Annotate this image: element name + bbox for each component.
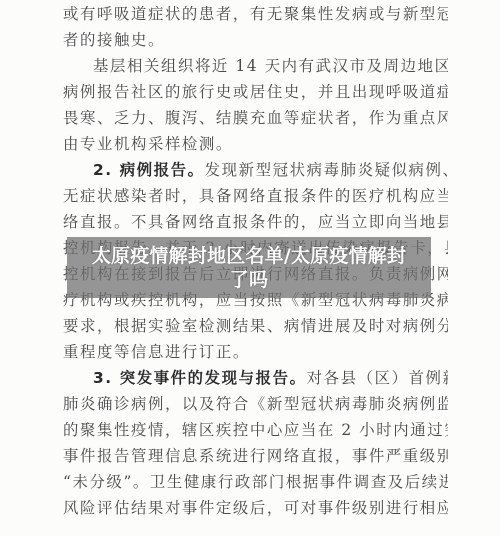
text-line: 者的接触史。 [63, 27, 448, 53]
title-overlay-banner: 太原疫情解封地区名单/太原疫情解封了吗 [67, 237, 431, 298]
text-line: 事件报告管理信息系统进行网络直报，事件严重级别可先选择 [63, 443, 448, 469]
text-line: 或有呼吸道症状的患者，有无聚集性发病或与新型冠状病毒感染 [63, 1, 448, 27]
text-line: 肺炎确诊病例，以及符合《新型冠状病毒肺炎病例监测方案》中 [63, 391, 448, 417]
section-text: 对各县（区）首例新型冠状病毒 [307, 369, 448, 387]
text-line: 无症状感染者时，具备网络直报条件的医疗机构应当立即进行网 [63, 183, 448, 209]
text-line: 的聚集性疫情，辖区疾控中心应当在 2 小时内通过突发公共卫生 [63, 417, 448, 443]
text-line: “未分级”。卫生健康行政部门根据事件调查及后续进展，依据 [63, 469, 448, 495]
text-line: 重程度等信息进行订正。 [63, 339, 448, 365]
section-heading: 2. 病例报告。 [93, 161, 205, 179]
section-2-line: 2. 病例报告。发现新型冠状病毒肺炎疑似病例、确诊病例和 [63, 157, 448, 183]
section-heading: 3. 突发事件的发现与报告。 [93, 369, 307, 387]
text-line: 络直报。不具备网络直报条件的，应当立即向当地县（区）级疾 [63, 209, 448, 235]
section-text: 发现新型冠状病毒肺炎疑似病例、确诊病例和 [205, 161, 448, 179]
text-line: 要求，根据实验室检测结果、病情进展及时对病例分类、临床严 [63, 313, 448, 339]
text-line: 病例报告社区的旅行史或居住史，并且出现呼吸道症状、发热、 [63, 79, 448, 105]
text-line: 基层相关组织将近 14 天内有武汉市及周边地区，或其他有 [63, 53, 448, 79]
section-3-line: 3. 突发事件的发现与报告。对各县（区）首例新型冠状病毒 [63, 365, 448, 391]
text-line: 由专业机构采样检测。 [63, 131, 448, 157]
overlay-title: 太原疫情解封地区名单/太原疫情解封了吗 [84, 244, 414, 292]
document-page: 或有呼吸道症状的患者，有无聚集性发病或与新型冠状病毒感染 者的接触史。 基层相关… [0, 0, 500, 536]
text-line: 风险评估结果对事件定级后，可对事件级别进行相应调整。 [63, 495, 448, 521]
text-line: 畏寒、乏力、腹泻、结膜充血等症状者，作为重点风险人群筛查， [63, 105, 448, 131]
